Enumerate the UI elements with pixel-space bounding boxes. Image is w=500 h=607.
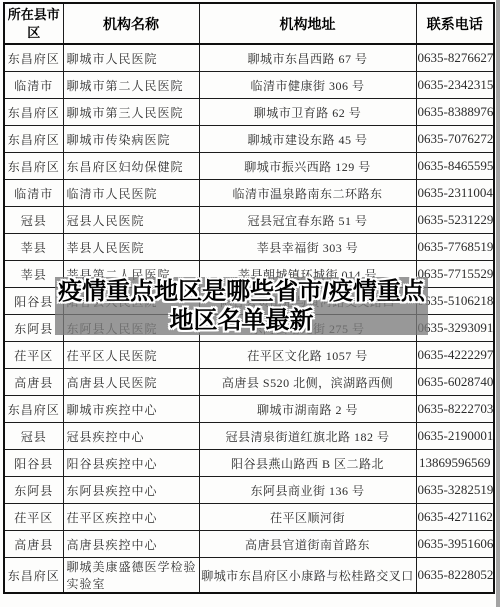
- phone-cell: 13869596569: [416, 450, 494, 477]
- county-cell: 冠县: [4, 423, 63, 450]
- table-row: 高唐县高唐县疾控中心高唐县官道街南首路东0635-3951606: [4, 531, 494, 558]
- header-name: 机构名称: [63, 3, 199, 44]
- table-row: 阳谷县阳谷县疾控中心阳谷县燕山路西 B 区二路北13869596569: [4, 450, 494, 477]
- phone-cell: 0635-2311004: [416, 180, 494, 207]
- phone-cell: 0635-3282519: [416, 477, 494, 504]
- address-cell: 茌平区顺河街: [199, 504, 416, 531]
- phone-cell: 0635-7768519: [416, 234, 494, 261]
- name-cell: 东阿县疾控中心: [63, 477, 199, 504]
- name-cell: 聊城市第三人民医院: [63, 99, 199, 126]
- address-cell: 临清市健康街 306 号: [199, 72, 416, 99]
- county-cell: 高唐县: [4, 531, 63, 558]
- name-cell: 聊城市传染病医院: [63, 126, 199, 153]
- name-cell: 莘县人民医院: [63, 234, 199, 261]
- name-cell: 冠县人民医院: [63, 207, 199, 234]
- address-cell: 聊城市建设东路 45 号: [199, 126, 416, 153]
- address-cell: 茌平区文化路 1057 号: [199, 342, 416, 369]
- header-row: 所在县市区 机构名称 机构地址 联系电话: [4, 3, 494, 44]
- address-cell: 高唐县 S520 北侧，滨湖路西侧: [199, 369, 416, 396]
- county-cell: 茌平区: [4, 342, 63, 369]
- name-cell: 聊城市疾控中心: [63, 396, 199, 423]
- table-row: 茌平区茌平区人民医院茌平区文化路 1057 号0635-4222297: [4, 342, 494, 369]
- table-row: 东昌府区聊城美康盛德医学检验实验室聊城市东昌府区小康路与松桂路交叉口0635-8…: [4, 558, 494, 594]
- address-cell: 聊城市卫育路 62 号: [199, 99, 416, 126]
- county-cell: 东昌府区: [4, 153, 63, 180]
- table-row: 冠县冠县疾控中心冠县清泉街道红旗北路 182 号0635-2190001: [4, 423, 494, 450]
- address-cell: 聊城市振兴西路 129 号: [199, 153, 416, 180]
- name-cell: 冠县疾控中心: [63, 423, 199, 450]
- address-cell: 高唐县官道街南首路东: [199, 531, 416, 558]
- phone-cell: 0635-8228052: [416, 558, 494, 594]
- county-cell: 茌平区: [4, 504, 63, 531]
- phone-cell: 0635-8222703: [416, 396, 494, 423]
- county-cell: 东昌府区: [4, 396, 63, 423]
- table-row: 茌平区茌平区疾控中心茌平区顺河街0635-4271162: [4, 504, 494, 531]
- county-cell: 东昌府区: [4, 99, 63, 126]
- county-cell: 高唐县: [4, 369, 63, 396]
- table-header: 所在县市区 机构名称 机构地址 联系电话: [4, 3, 494, 44]
- address-cell: 冠县清泉街道红旗北路 182 号: [199, 423, 416, 450]
- watermark-title-line-1: 疫情重点地区是哪些省市/疫情重点: [58, 277, 425, 306]
- name-cell: 阳谷县疾控中心: [63, 450, 199, 477]
- watermark-title-line-2: 地区名单最新: [170, 306, 314, 335]
- address-cell: 东阿县商业街 136 号: [199, 477, 416, 504]
- address-cell: 莘县幸福街 303 号: [199, 234, 416, 261]
- address-cell: 聊城市湖南路 2 号: [199, 396, 416, 423]
- document-page: 所在县市区 机构名称 机构地址 联系电话 东昌府区聊城市人民医院聊城市东昌西路 …: [0, 0, 500, 607]
- table-row: 东昌府区东昌府区妇幼保健院聊城市振兴西路 129 号0635-8465595: [4, 153, 494, 180]
- name-cell: 临清市人民医院: [63, 180, 199, 207]
- county-cell: 东昌府区: [4, 558, 63, 594]
- address-cell: 临清市温泉路南东二环路东: [199, 180, 416, 207]
- phone-cell: 0635-8465595: [416, 153, 494, 180]
- phone-cell: 0635-6028740: [416, 369, 494, 396]
- table-row: 东昌府区聊城市第三人民医院聊城市卫育路 62 号0635-8388976: [4, 99, 494, 126]
- phone-cell: 0635-2190001: [416, 423, 494, 450]
- name-cell: 高唐县人民医院: [63, 369, 199, 396]
- header-phone: 联系电话: [416, 3, 494, 44]
- header-county: 所在县市区: [4, 3, 63, 44]
- table-row: 东昌府区聊城市传染病医院聊城市建设东路 45 号0635-7076272: [4, 126, 494, 153]
- name-cell: 茌平区人民医院: [63, 342, 199, 369]
- phone-cell: 0635-3951606: [416, 531, 494, 558]
- address-cell: 聊城市东昌府区小康路与松桂路交叉口: [199, 558, 416, 594]
- table-row: 莘县莘县人民医院莘县幸福街 303 号0635-7768519: [4, 234, 494, 261]
- county-cell: 阳谷县: [4, 450, 63, 477]
- phone-cell: 0635-8388976: [416, 99, 494, 126]
- county-cell: 临清市: [4, 72, 63, 99]
- name-cell: 聊城美康盛德医学检验实验室: [63, 558, 199, 594]
- name-cell: 高唐县疾控中心: [63, 531, 199, 558]
- scan-edge-strip: [496, 0, 500, 607]
- watermark-title-banner: 疫情重点地区是哪些省市/疫情重点 地区名单最新: [55, 277, 428, 335]
- name-cell: 聊城市人民医院: [63, 44, 199, 72]
- county-cell: 东昌府区: [4, 44, 63, 72]
- table-row: 临清市临清市人民医院临清市温泉路南东二环路东0635-2311004: [4, 180, 494, 207]
- name-cell: 聊城市第二人民医院: [63, 72, 199, 99]
- table-row: 东阿县东阿县疾控中心东阿县商业街 136 号0635-3282519: [4, 477, 494, 504]
- phone-cell: 0635-8276627: [416, 44, 494, 72]
- address-cell: 冠县冠宜春东路 51 号: [199, 207, 416, 234]
- county-cell: 莘县: [4, 234, 63, 261]
- county-cell: 东阿县: [4, 477, 63, 504]
- name-cell: 东昌府区妇幼保健院: [63, 153, 199, 180]
- table-row: 东昌府区聊城市疾控中心聊城市湖南路 2 号0635-8222703: [4, 396, 494, 423]
- header-address: 机构地址: [199, 3, 416, 44]
- phone-cell: 0635-4271162: [416, 504, 494, 531]
- table-row: 东昌府区聊城市人民医院聊城市东昌西路 67 号0635-8276627: [4, 44, 494, 72]
- address-cell: 聊城市东昌西路 67 号: [199, 44, 416, 72]
- county-cell: 临清市: [4, 180, 63, 207]
- table-row: 冠县冠县人民医院冠县冠宜春东路 51 号0635-5231229: [4, 207, 494, 234]
- name-cell: 茌平区疾控中心: [63, 504, 199, 531]
- phone-cell: 0635-4222297: [416, 342, 494, 369]
- county-cell: 东昌府区: [4, 126, 63, 153]
- address-cell: 阳谷县燕山路西 B 区二路北: [199, 450, 416, 477]
- phone-cell: 0635-5231229: [416, 207, 494, 234]
- table-row: 临清市聊城市第二人民医院临清市健康街 306 号0635-2342315: [4, 72, 494, 99]
- table-row: 高唐县高唐县人民医院高唐县 S520 北侧，滨湖路西侧0635-6028740: [4, 369, 494, 396]
- phone-cell: 0635-7076272: [416, 126, 494, 153]
- county-cell: 冠县: [4, 207, 63, 234]
- phone-cell: 0635-2342315: [416, 72, 494, 99]
